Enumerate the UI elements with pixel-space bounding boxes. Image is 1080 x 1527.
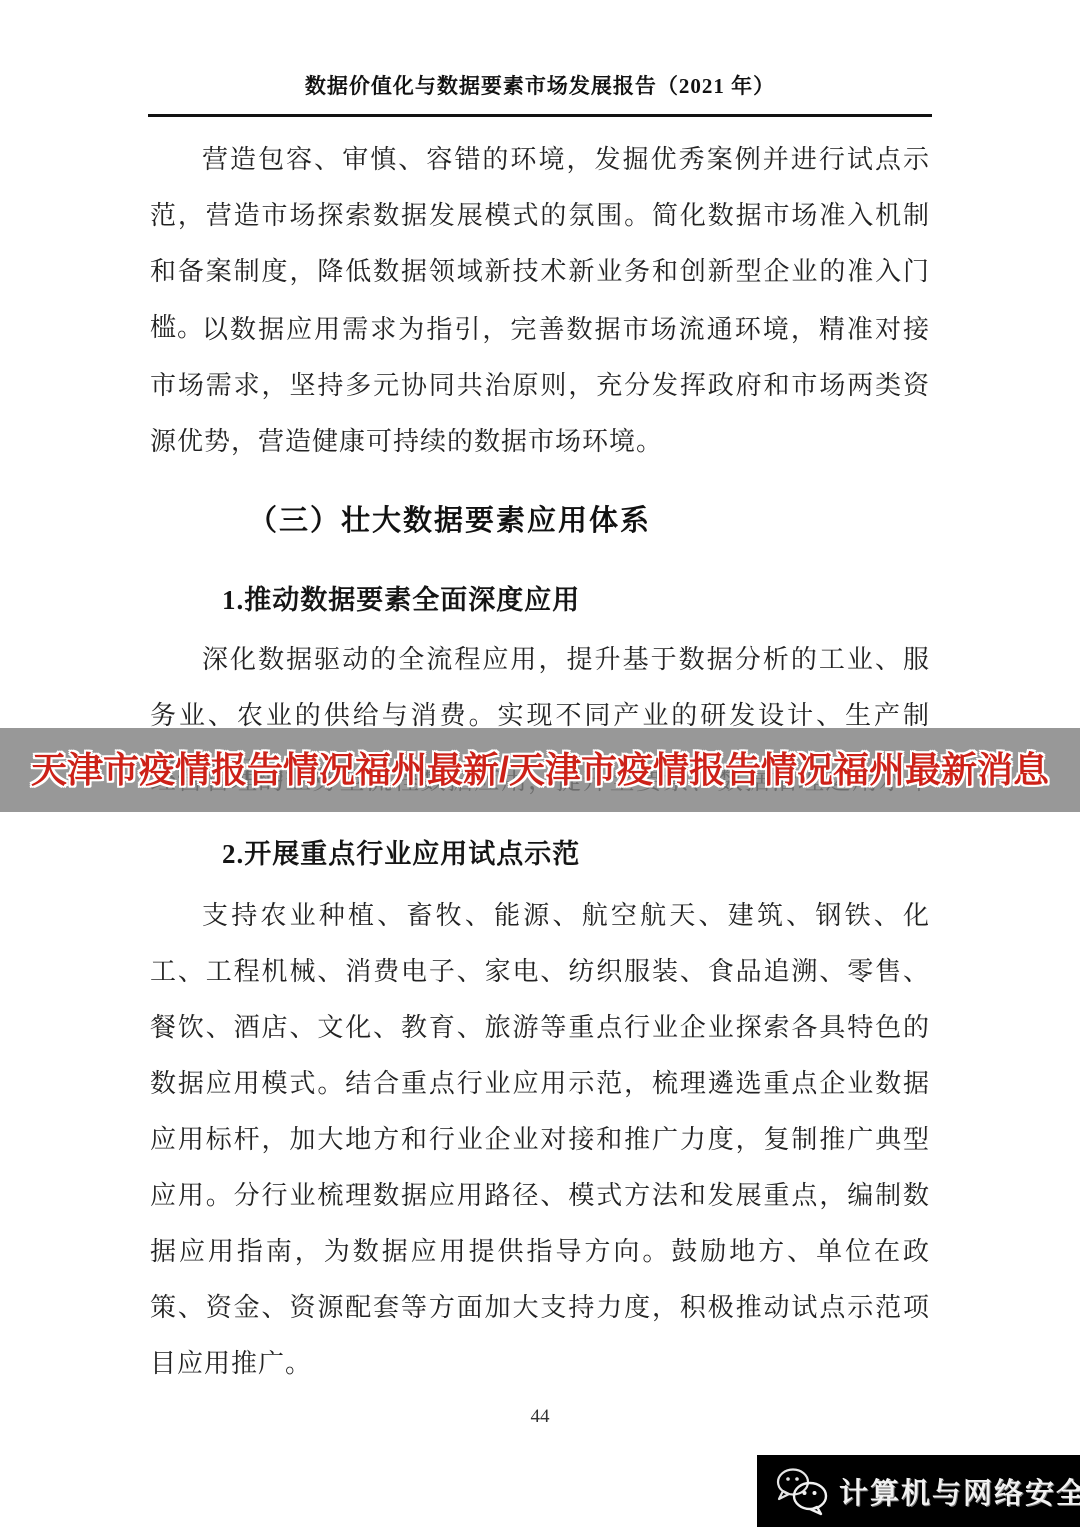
sub-heading-2: 2.开展重点行业应用试点示范	[222, 832, 580, 871]
header-divider-rule	[148, 114, 932, 117]
document-header-title: 数据价值化与数据要素市场发展报告（2021 年）	[150, 70, 930, 100]
page-number: 44	[0, 1406, 1080, 1428]
footer-watermark-bar: 计算机与网络安全	[757, 1455, 1080, 1527]
spam-overlay-headline: 天津市疫情报告情况福州最新/天津市疫情报告情况福州最新消息	[0, 742, 1080, 793]
paragraph-4: 支持农业种植、畜牧、能源、航空航天、建筑、钢铁、化工、工程机械、消费电子、家电、…	[150, 888, 930, 1392]
section-heading-3: （三）壮大数据要素应用体系	[248, 498, 651, 539]
wechat-icon	[773, 1466, 831, 1516]
paragraph-2: 以数据应用需求为指引，完善数据市场流通环境，精准对接市场需求，坚持多元协同共治原…	[150, 302, 930, 470]
sub-heading-1: 1.推动数据要素全面深度应用	[222, 578, 580, 617]
footer-watermark-text: 计算机与网络安全	[839, 1471, 1080, 1512]
document-page: 数据价值化与数据要素市场发展报告（2021 年） 营造包容、审慎、容错的环境，发…	[0, 0, 1080, 1527]
